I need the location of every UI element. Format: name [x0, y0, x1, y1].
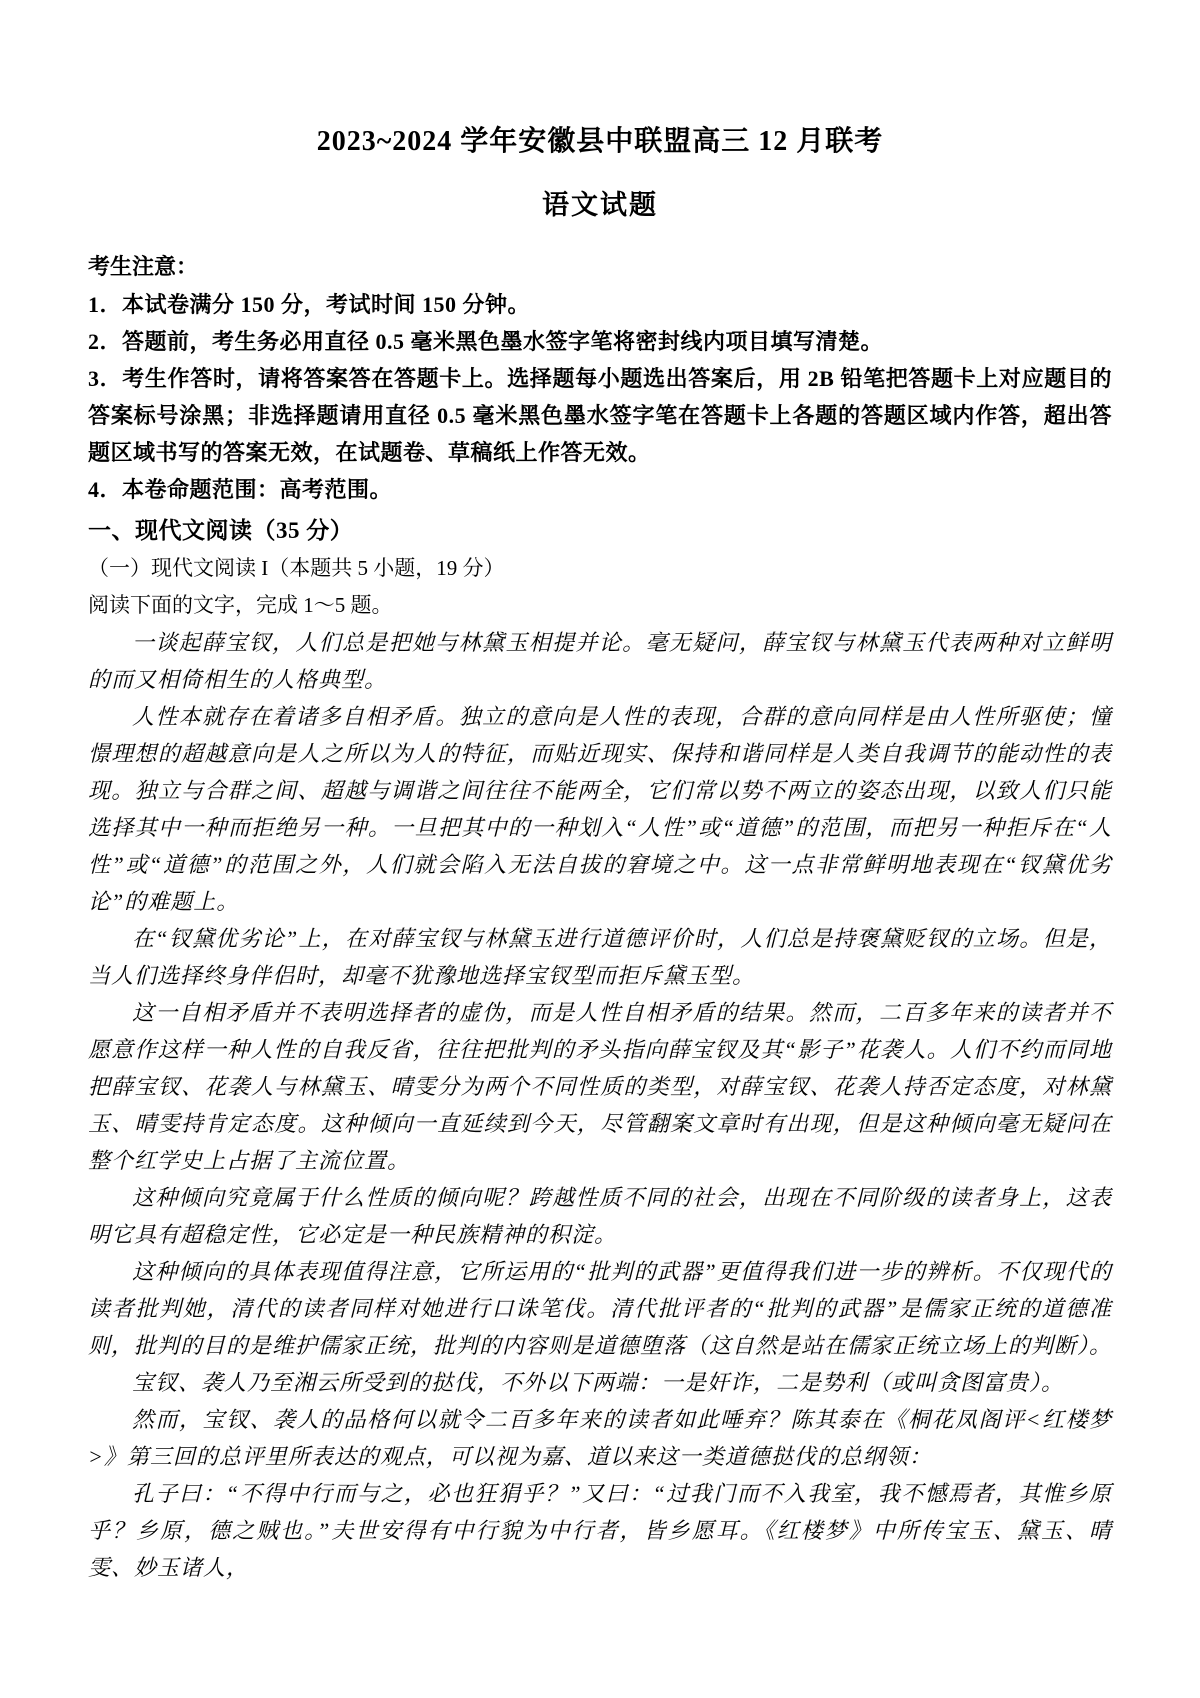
passage-paragraph: 这种倾向究竟属于什么性质的倾向呢？跨越性质不同的社会，出现在不同阶级的读者身上，… [88, 1179, 1112, 1253]
passage-paragraph: 在“钗黛优劣论”上，在对薛宝钗与林黛玉进行道德评价时，人们总是持褒黛贬钗的立场。… [88, 920, 1112, 994]
page-subtitle: 语文试题 [88, 188, 1112, 222]
section-subheading: （一）现代文阅读 I（本题共 5 小题，19 分） [88, 550, 1112, 587]
notice-item: 3．考生作答时，请将答案答在答题卡上。选择题每小题选出答案后，用 2B 铅笔把答… [88, 360, 1112, 471]
section-heading: 一、现代文阅读（35 分） [88, 512, 1112, 550]
passage-paragraph: 人性本就存在着诸多自相矛盾。独立的意向是人性的表现，合群的意向同样是由人性所驱使… [88, 698, 1112, 920]
notice-item: 4．本卷命题范围：高考范围。 [88, 471, 1112, 508]
page-title: 2023~2024 学年安徽县中联盟高三 12 月联考 [88, 124, 1112, 160]
notice-heading: 考生注意： [88, 248, 1112, 286]
passage-paragraph: 然而，宝钗、袭人的品格何以就令二百多年来的读者如此唾弃？陈其泰在《桐花凤阁评<红… [88, 1401, 1112, 1475]
passage-paragraph: 这种倾向的具体表现值得注意，它所运用的“批判的武器”更值得我们进一步的辨析。不仅… [88, 1253, 1112, 1364]
passage-paragraph: 一谈起薛宝钗，人们总是把她与林黛玉相提并论。毫无疑问，薛宝钗与林黛玉代表两种对立… [88, 624, 1112, 698]
exam-paper-page: 2023~2024 学年安徽县中联盟高三 12 月联考 语文试题 考生注意： 1… [0, 0, 1200, 1698]
notice-item: 1．本试卷满分 150 分，考试时间 150 分钟。 [88, 286, 1112, 323]
passage-paragraph: 孔子曰：“不得中行而与之，必也狂狷乎？”又曰：“过我门而不入我室，我不憾焉者，其… [88, 1475, 1112, 1586]
notice-item: 2．答题前，考生务必用直径 0.5 毫米黑色墨水签字笔将密封线内项目填写清楚。 [88, 323, 1112, 360]
passage-paragraph: 这一自相矛盾并不表明选择者的虚伪，而是人性自相矛盾的结果。然而，二百多年来的读者… [88, 994, 1112, 1179]
notice-list: 1．本试卷满分 150 分，考试时间 150 分钟。 2．答题前，考生务必用直径… [88, 286, 1112, 508]
reading-instruction: 阅读下面的文字，完成 1～5 题。 [88, 587, 1112, 624]
reading-passage: 一谈起薛宝钗，人们总是把她与林黛玉相提并论。毫无疑问，薛宝钗与林黛玉代表两种对立… [88, 624, 1112, 1586]
passage-paragraph: 宝钗、袭人乃至湘云所受到的挞伐，不外以下两端：一是奸诈，二是势利（或叫贪图富贵）… [88, 1364, 1112, 1401]
